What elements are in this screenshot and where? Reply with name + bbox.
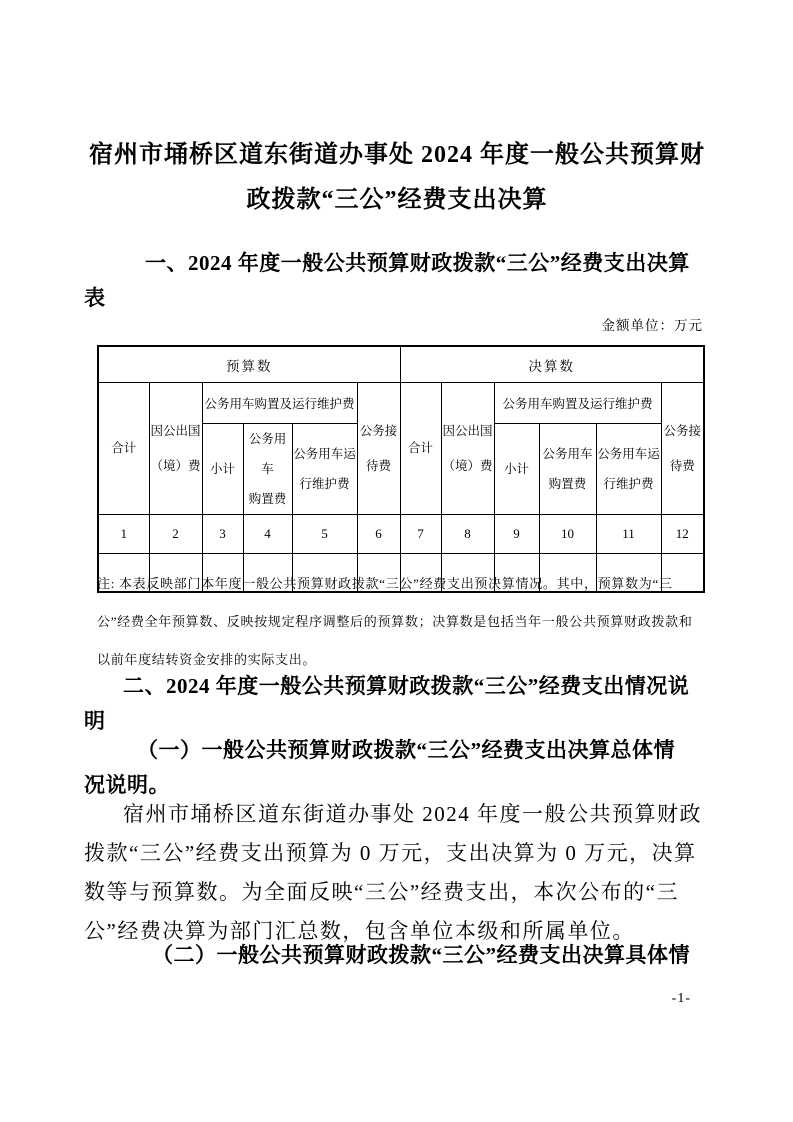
col-num-3: 3	[202, 515, 243, 554]
col-num-1: 1	[98, 515, 149, 554]
paragraph-line-1: 宿州市埇桥区道东街道办事处 2024 年度一般公共预算财政	[84, 795, 734, 834]
col-num-6: 6	[357, 515, 400, 554]
budget-reception-header: 公务接 待费	[357, 383, 400, 515]
page-number: -1-	[84, 991, 691, 1007]
final-total-header: 合计	[400, 383, 441, 515]
table-header-row-1: 合计 因公出国 （境）费 公务用车购置及运行维护费 公务接 待费 合计 因公出国…	[98, 383, 704, 424]
budget-abroad-header: 因公出国 （境）费	[149, 383, 202, 515]
col-num-2: 2	[149, 515, 202, 554]
table-group-row: 预算数 决算数	[98, 346, 704, 383]
title-line-1: 宿州市埇桥区道东街道办事处 2024 年度一般公共预算财	[84, 133, 710, 178]
col-num-5: 5	[292, 515, 357, 554]
budget-purchase-header: 公务用车 购置费	[243, 424, 292, 515]
document-page: 宿州市埇桥区道东街道办事处 2024 年度一般公共预算财 政拨款“三公”经费支出…	[0, 0, 793, 1122]
section-2-heading: 二、2024 年度一般公共预算财政拨款“三公”经费支出情况说 明	[84, 669, 734, 739]
final-reception-header: 公务接 待费	[661, 383, 704, 515]
col-num-11: 11	[596, 515, 661, 554]
final-purchase-header: 公务用车 购置费	[539, 424, 596, 515]
title-line-2: 政拨款“三公”经费支出决算	[84, 178, 710, 223]
col-num-7: 7	[400, 515, 441, 554]
budget-vehicle-group-header: 公务用车购置及运行维护费	[202, 383, 357, 424]
final-group-header: 决算数	[400, 346, 704, 383]
col-num-10: 10	[539, 515, 596, 554]
document-title: 宿州市埇桥区道东街道办事处 2024 年度一般公共预算财 政拨款“三公”经费支出…	[84, 133, 710, 223]
final-vehicle-group-header: 公务用车购置及运行维护费	[494, 383, 661, 424]
paragraph-line-3: 数等与预算数。为全面反映“三公”经费支出，本次公布的“三	[84, 873, 734, 912]
section-2-line-1: 二、2024 年度一般公共预算财政拨款“三公”经费支出情况说	[84, 669, 734, 704]
col-num-8: 8	[441, 515, 494, 554]
subsection-2-line-1: （二）一般公共预算财政拨款“三公”经费支出决算具体情	[84, 938, 734, 973]
three-public-expense-table: 预算数 决算数 合计 因公出国 （境）费 公务用车购置及运行维护费 公务接 待费…	[97, 345, 705, 593]
amount-unit-label: 金额单位：万元	[84, 316, 703, 336]
note-line-1: 注: 本表反映部门本年度一般公共预算财政拨款“三公”经费支出预决算情况。其中，预…	[97, 565, 705, 603]
subsection-1-heading: （一）一般公共预算财政拨款“三公”经费支出决算总体情 况说明。	[84, 733, 734, 803]
budget-maintenance-header: 公务用车运 行维护费	[292, 424, 357, 515]
column-number-row: 1 2 3 4 5 6 7 8 9 10 11 12	[98, 515, 704, 554]
section-1-line-1: 一、2024 年度一般公共预算财政拨款“三公”经费支出决算	[84, 246, 734, 281]
budget-group-header: 预算数	[98, 346, 400, 383]
final-abroad-header: 因公出国 （境）费	[441, 383, 494, 515]
table-note: 注: 本表反映部门本年度一般公共预算财政拨款“三公”经费支出预决算情况。其中，预…	[97, 565, 705, 679]
subsection-1-line-1: （一）一般公共预算财政拨款“三公”经费支出决算总体情	[84, 733, 734, 768]
col-num-12: 12	[661, 515, 704, 554]
section-1-heading: 一、2024 年度一般公共预算财政拨款“三公”经费支出决算 表	[84, 246, 734, 316]
budget-subtotal-header: 小计	[202, 424, 243, 515]
col-num-4: 4	[243, 515, 292, 554]
note-line-2: 公”经费全年预算数、反映按规定程序调整后的预算数；决算数是包括当年一般公共预算财…	[97, 603, 705, 641]
section-1-line-2: 表	[84, 281, 734, 316]
budget-total-header: 合计	[98, 383, 149, 515]
subsection-2-heading: （二）一般公共预算财政拨款“三公”经费支出决算具体情	[84, 938, 734, 973]
col-num-9: 9	[494, 515, 539, 554]
final-subtotal-header: 小计	[494, 424, 539, 515]
paragraph-line-2: 拨款“三公”经费支出预算为 0 万元，支出决算为 0 万元，决算	[84, 834, 734, 873]
body-paragraph: 宿州市埇桥区道东街道办事处 2024 年度一般公共预算财政 拨款“三公”经费支出…	[84, 795, 734, 951]
final-maintenance-header: 公务用车运 行维护费	[596, 424, 661, 515]
